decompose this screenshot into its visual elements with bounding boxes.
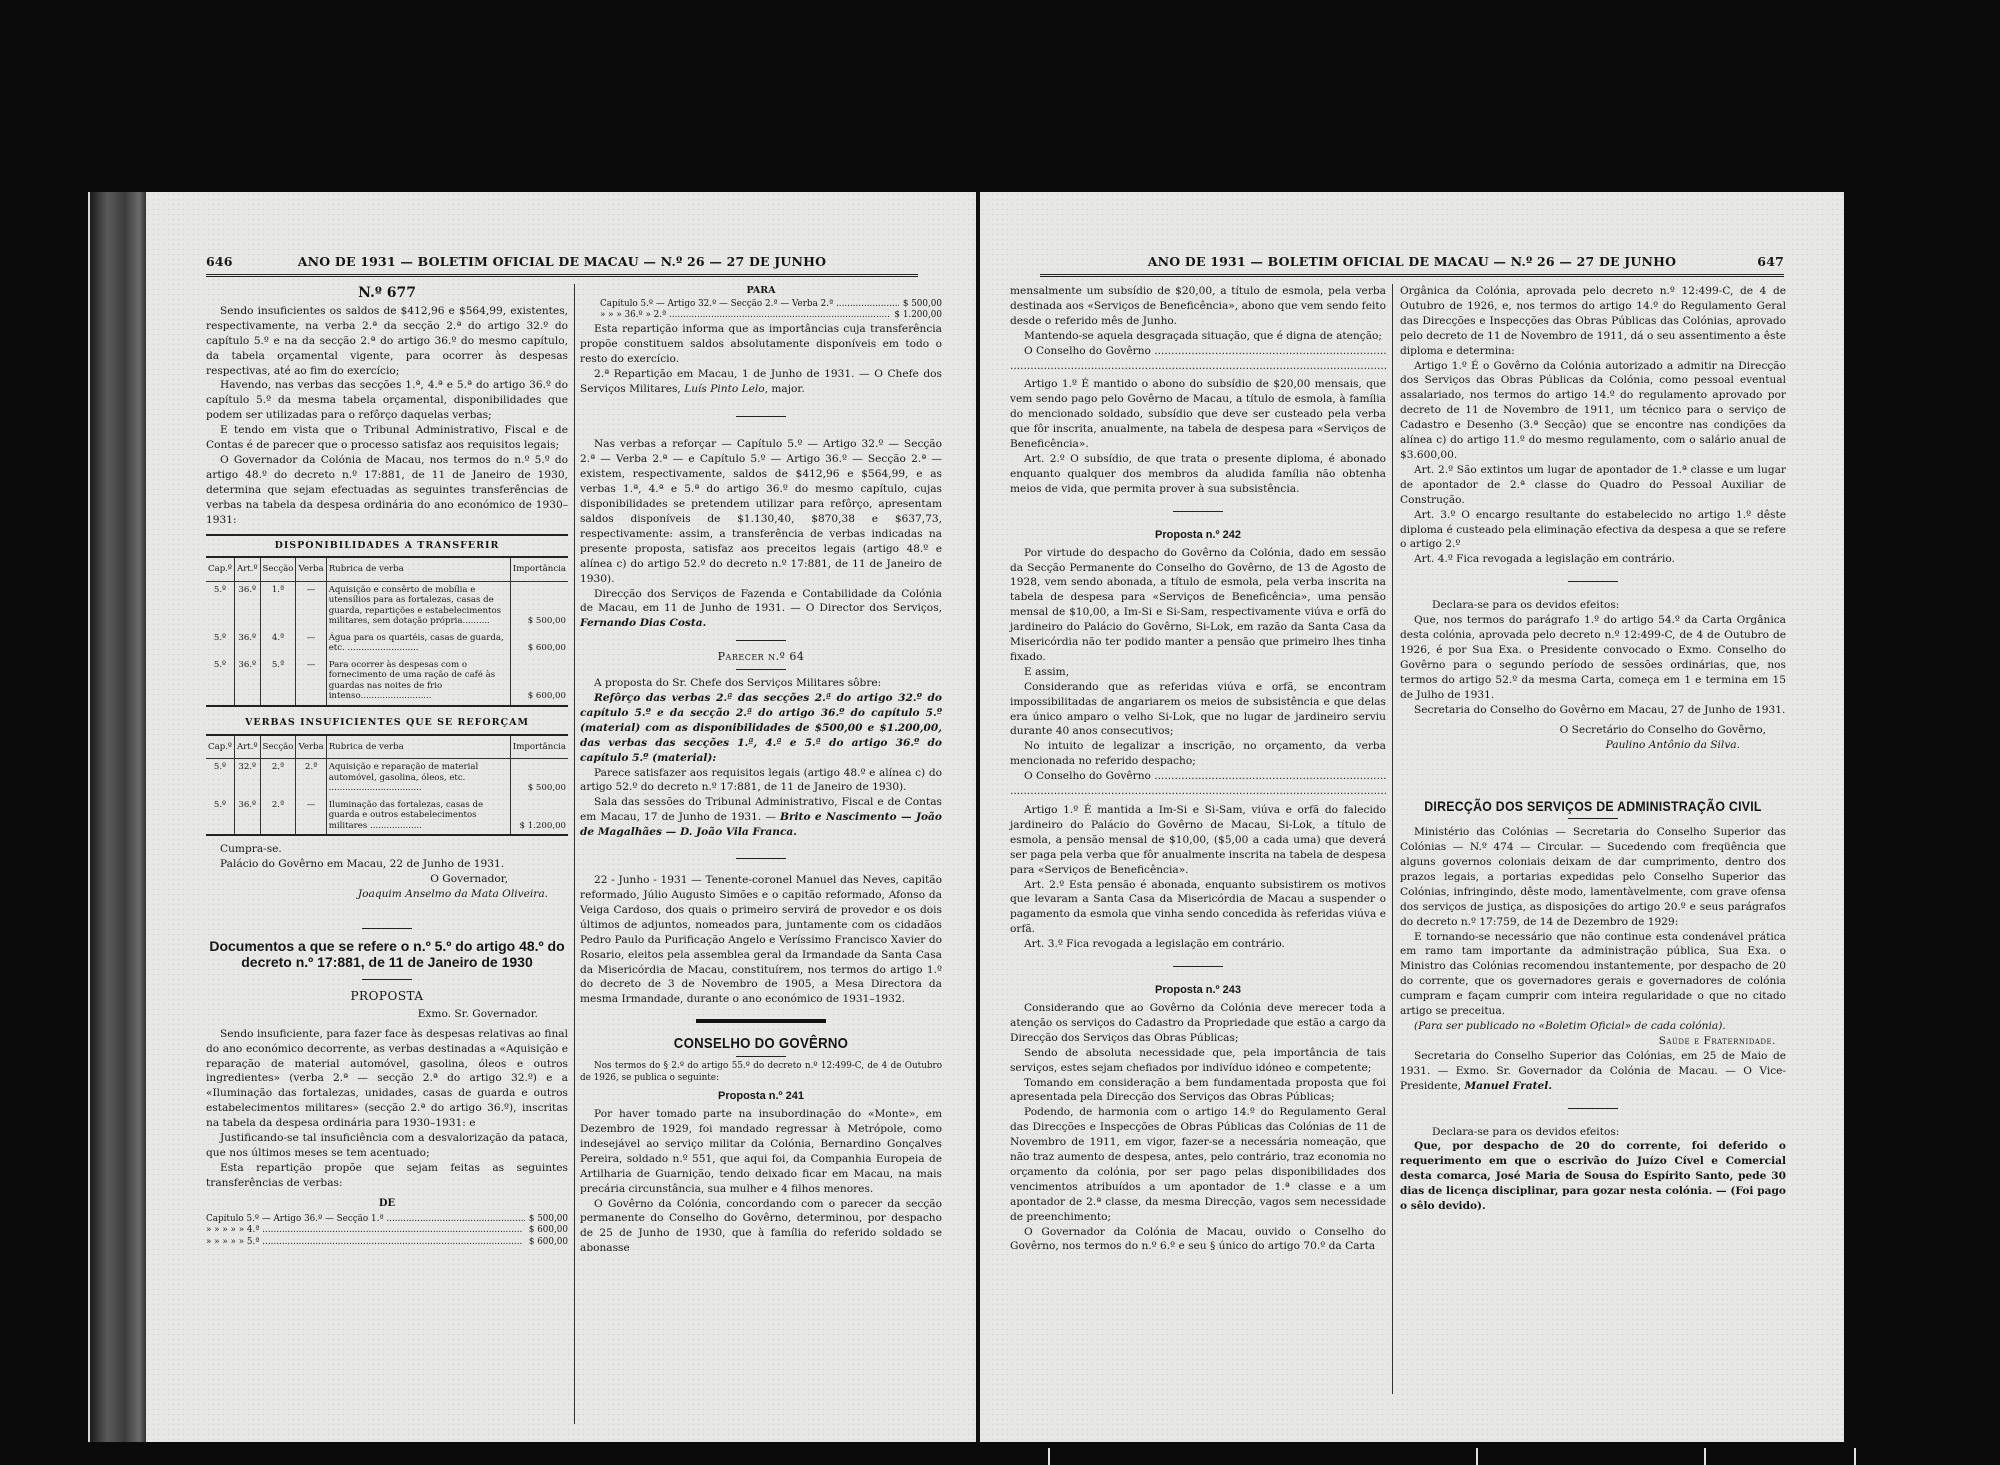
paragraph: Havendo, nas verbas das secções 1.ª, 4.ª… — [206, 378, 568, 423]
transfer-row: Capítulo 5.º — Artigo 36.º — Secção 1.ª$… — [206, 1214, 568, 1226]
publish-note: (Para ser publicado no «Boletim Oficial»… — [1400, 1019, 1786, 1034]
transfer-label: » » » » » 4.ª — [206, 1225, 525, 1237]
paragraph: O Govêrno da Colónia, concordando com o … — [580, 1197, 942, 1257]
table-cell-verba: — — [296, 797, 326, 836]
divider — [362, 979, 412, 980]
repartição-sign: 2.ª Repartição em Macau, 1 de Junho de 1… — [580, 367, 942, 397]
table-cell-verba: — — [296, 630, 326, 657]
table-cell-verba: — — [296, 657, 326, 706]
admin-civil-heading: DIRECÇÃO DOS SERVIÇOS DE ADMINISTRAÇÃO C… — [1423, 799, 1763, 814]
table-cell-art: 36.º — [234, 630, 260, 657]
table-header-cell: Cap.º — [206, 557, 234, 581]
table-cell-rubrica: Aquisição e consêrto de mobília e utensí… — [326, 581, 510, 630]
article: Art. 4.º Fica revogada a legislação em c… — [1400, 552, 1786, 567]
paragraph: Nas verbas a reforçar — Capítulo 5.º — A… — [580, 437, 942, 586]
running-head: ANO DE 1931 — BOLETIM OFICIAL DE MACAU —… — [1040, 254, 1784, 274]
table-cell-art: 36.º — [234, 657, 260, 706]
dot-leader — [1010, 784, 1386, 799]
secretaria-sign: Secretaria do Conselho do Govêrno em Mac… — [1400, 703, 1786, 718]
paragraph: Orgânica da Colónia, aprovada pelo decre… — [1400, 284, 1786, 359]
article: Artigo 1.º É mantido o abono do subsídio… — [1010, 377, 1386, 452]
table-cell-rubrica: Iluminação das fortalezas, casas de guar… — [326, 797, 510, 836]
transfer-amount: $ 500,00 — [525, 1214, 568, 1226]
table-title-disponibilidades: DISPONIBILIDADES A TRANSFERIR — [206, 534, 568, 557]
table-row: 5.º36.º1.ª—Aquisição e consêrto de mobíl… — [206, 581, 568, 630]
paragraph: Tomando em consideração a bem fundamenta… — [1010, 1076, 1386, 1106]
table-cell-art: 32.º — [234, 759, 260, 797]
left-col-2: PARA Capítulo 5.º — Artigo 32.º — Secção… — [580, 284, 942, 1256]
edge-mark — [1854, 1448, 1856, 1465]
paragraph: No intuito de legalizar a inscrição, no … — [1010, 739, 1386, 769]
transfer-row: Capítulo 5.º — Artigo 32.º — Secção 2.ª … — [600, 299, 942, 311]
paragraph: Esta repartição informa que as importânc… — [580, 322, 942, 367]
paragraph: Ministério das Colónias — Secretaria do … — [1400, 825, 1786, 929]
paragraph: Sendo de absoluta necessidade que, pela … — [1010, 1046, 1386, 1076]
divider — [736, 416, 786, 417]
scanner-bed — [0, 1442, 2000, 1465]
right-col-2: Orgânica da Colónia, aprovada pelo decre… — [1400, 284, 1786, 1214]
table-header-cell: Verba — [296, 735, 326, 759]
paragraph: Considerando que as referidas viúva e or… — [1010, 680, 1386, 740]
table-cell-art: 36.º — [234, 581, 260, 630]
table-cell-cap: 5.º — [206, 630, 234, 657]
table-row: 5.º36.º2.ª—Iluminação das fortalezas, ca… — [206, 797, 568, 836]
table-header-cell: Art.º — [234, 557, 260, 581]
transfer-row: » » » » » 4.ª$ 600,00 — [206, 1225, 568, 1237]
header-rule — [206, 274, 918, 277]
transfer-amount: $ 600,00 — [525, 1225, 568, 1237]
dot-leader — [1010, 359, 1386, 374]
fazenda-sign: Direcção dos Serviços de Fazenda e Conta… — [580, 587, 942, 632]
signer-name: Luís Pinto Lelo — [684, 383, 764, 395]
paragraph: Por haver tomado parte na insubordinação… — [580, 1107, 942, 1196]
proposta-heading: PROPOSTA — [206, 989, 568, 1004]
table-cell-verba: — — [296, 581, 326, 630]
paragraph: Considerando que ao Govêrno da Colónia d… — [1010, 1001, 1386, 1046]
article: Art. 3.º O encargo resultante do estabel… — [1400, 508, 1786, 553]
circular-sign: Secretaria do Conselho Superior das Coló… — [1400, 1049, 1786, 1094]
right-col-1: mensalmente um subsídio de $20,00, a tít… — [1010, 284, 1386, 1254]
signer-name: Manuel Fratel. — [1464, 1080, 1552, 1092]
table-header-cell: Importância — [510, 557, 568, 581]
table-row: 5.º36.º5.ª—Para ocorrer às despesas com … — [206, 657, 568, 706]
divider — [1173, 966, 1223, 967]
edge-mark — [1476, 1448, 1478, 1465]
table-cell-rubrica: Aquisição e reparação de material automó… — [326, 759, 510, 797]
divider — [362, 928, 412, 929]
proposta-243-heading: Proposta n.º 243 — [1010, 983, 1386, 998]
signer-title: O Secretário do Conselho do Govêrno, — [1400, 723, 1766, 738]
paragraph: Parece satisfazer aos requisitos legais … — [580, 766, 942, 796]
table-disponibilidades: Cap.ºArt.ºSecçãoVerbaRubrica de verbaImp… — [206, 556, 568, 707]
book-spine — [88, 192, 148, 1442]
table-header-cell: Secção — [260, 557, 296, 581]
table-reforcam: Cap.ºArt.ºSecçãoVerbaRubrica de verbaImp… — [206, 734, 568, 837]
transfer-para-list: Capítulo 5.º — Artigo 32.º — Secção 2.ª … — [580, 299, 942, 322]
table-cell-cap: 5.º — [206, 759, 234, 797]
table-cell-art: 36.º — [234, 797, 260, 836]
signer-title: O Governador, — [206, 872, 548, 887]
table-cell-rubrica: Água para os quartéis, casas de guarda, … — [326, 630, 510, 657]
paragraph: 22 - Junho - 1931 — Tenente-coronel Manu… — [580, 873, 942, 1007]
parecer-sign: Sala das sessões do Tribunal Administrat… — [580, 795, 942, 840]
salutation: Exmo. Sr. Governador. — [206, 1007, 568, 1022]
paragraph: Mantendo-se aquela desgraçada situação, … — [1010, 329, 1386, 344]
table-cell-importancia: $ 600,00 — [510, 630, 568, 657]
paragraph: Sendo insuficientes os saldos de $412,96… — [206, 304, 568, 379]
place-date: Palácio do Govêrno em Macau, 22 de Junho… — [206, 857, 568, 872]
conselho-heading: CONSELHO DO GOVÊRNO — [602, 1037, 921, 1052]
running-head-title: ANO DE 1931 — BOLETIM OFICIAL DE MACAU —… — [1040, 254, 1784, 269]
signer-name: Fernando Dias Costa. — [580, 617, 706, 629]
table-cell-seccao: 2.ª — [260, 759, 296, 797]
table-cell-importancia: $ 600,00 — [510, 657, 568, 706]
saude-fraternidade: Saúde e Fraternidade. — [1400, 1034, 1786, 1049]
article: Artigo 1.º É o Govêrno da Colónia autori… — [1400, 359, 1786, 463]
article: Art. 2.º O subsídio, de que trata o pres… — [1010, 452, 1386, 497]
signer-name: Paulino Antônio da Silva. — [1400, 738, 1766, 753]
divider — [736, 858, 786, 859]
column-separator — [574, 284, 575, 1424]
divider — [736, 1056, 786, 1057]
parecer-heading: Parecer n.º 64 — [580, 650, 942, 665]
edge-mark — [1048, 1448, 1050, 1465]
signer-name: Joaquim Anselmo da Mata Oliveira. — [206, 887, 548, 902]
divider — [1173, 511, 1223, 512]
documents-heading: Documentos a que se refere o n.º 5.º do … — [206, 938, 568, 970]
sign-text: Direcção dos Serviços de Fazenda e Conta… — [580, 588, 942, 615]
proposta-242-heading: Proposta n.º 242 — [1010, 528, 1386, 543]
cumpra-se: Cumpra-se. — [206, 842, 568, 857]
table-cell-seccao: 4.ª — [260, 630, 296, 657]
paragraph: Esta repartição propõe que sejam feitas … — [206, 1161, 568, 1191]
table-cell-seccao: 5.ª — [260, 657, 296, 706]
table-header-cell: Rubrica de verba — [326, 735, 510, 759]
transfer-amount: $ 600,00 — [525, 1237, 568, 1249]
table-title-reforcam: VERBAS INSUFICIENTES QUE SE REFORÇAM — [206, 713, 568, 734]
table-cell-rubrica: Para ocorrer às despesas com o fornecime… — [326, 657, 510, 706]
de-heading: DE — [206, 1197, 568, 1212]
table-cell-cap: 5.º — [206, 657, 234, 706]
divider — [1568, 818, 1618, 819]
table-row: 5.º32.º2.ª2.ªAquisição e reparação de ma… — [206, 759, 568, 797]
running-head-title: ANO DE 1931 — BOLETIM OFICIAL DE MACAU —… — [206, 254, 918, 269]
divider — [736, 669, 786, 670]
secretary-signature: O Secretário do Conselho do Govêrno, Pau… — [1400, 723, 1786, 753]
paragraph: O Governador da Colónia de Macau, ouvido… — [1010, 1225, 1386, 1255]
paragraph: Por virtude do despacho do Govêrno da Co… — [1010, 546, 1386, 665]
sign-text: Secretaria do Conselho Superior das Coló… — [1400, 1050, 1786, 1092]
governor-signature: O Governador, Joaquim Anselmo da Mata Ol… — [206, 872, 568, 902]
table-header-cell: Cap.º — [206, 735, 234, 759]
transfer-label: Capítulo 5.º — Artigo 32.º — Secção 2.ª … — [600, 299, 899, 311]
transfer-amount: $ 1.200,00 — [890, 310, 942, 322]
paragraph: Que, nos termos do parágrafo 1.º do arti… — [1400, 613, 1786, 702]
divider — [736, 640, 786, 641]
right-page: ANO DE 1931 — BOLETIM OFICIAL DE MACAU —… — [980, 192, 1844, 1442]
article: Art. 2.º Esta pensão é abonada, enquanto… — [1010, 878, 1386, 938]
transfer-label: » » » 36.º » 2.ª — [600, 310, 890, 322]
conselho-line: O Conselho do Govêrno — [1010, 769, 1386, 784]
table-cell-cap: 5.º — [206, 797, 234, 836]
signer-rank: , major. — [765, 383, 805, 395]
transfer-amount: $ 500,00 — [899, 299, 942, 311]
conselho-line: O Conselho do Govêrno — [1010, 344, 1386, 359]
declara-heading: Declara-se para os devidos efeitos: — [1400, 1125, 1786, 1140]
transfer-label: Capítulo 5.º — Artigo 36.º — Secção 1.ª — [206, 1214, 525, 1226]
transfer-row: » » » 36.º » 2.ª$ 1.200,00 — [600, 310, 942, 322]
table-row: 5.º36.º4.ª—Água para os quartéis, casas … — [206, 630, 568, 657]
table-cell-importancia: $ 1.200,00 — [510, 797, 568, 836]
declara-heading: Declara-se para os devidos efeitos: — [1400, 598, 1786, 613]
paragraph: E assim, — [1010, 665, 1386, 680]
header-rule — [1040, 274, 1784, 277]
table-cell-importancia: $ 500,00 — [510, 759, 568, 797]
paragraph: E tornando-se necessário que não continu… — [1400, 930, 1786, 1019]
article: Artigo 1.º É mantida a Im-Si e Si-Sam, v… — [1010, 803, 1386, 878]
divider — [1568, 581, 1618, 582]
article: Art. 2.º São extintos um lugar de aponta… — [1400, 463, 1786, 508]
table-cell-importancia: $ 500,00 — [510, 581, 568, 630]
column-separator — [1392, 284, 1393, 1394]
paragraph: Que, por despacho de 20 do corrente, foi… — [1400, 1139, 1786, 1214]
left-col-1: N.º 677 Sendo insuficientes os saldos de… — [206, 284, 568, 1248]
left-page: 646 ANO DE 1931 — BOLETIM OFICIAL DE MAC… — [146, 192, 978, 1442]
paragraph: E tendo em vista que o Tribunal Administ… — [206, 423, 568, 453]
table-header-cell: Secção — [260, 735, 296, 759]
table-cell-seccao: 1.ª — [260, 581, 296, 630]
paragraph: A proposta do Sr. Chefe dos Serviços Mil… — [580, 676, 942, 691]
paragraph: mensalmente um subsídio de $20,00, a tít… — [1010, 284, 1386, 329]
section-divider — [696, 1019, 826, 1023]
transfer-de-list: Capítulo 5.º — Artigo 36.º — Secção 1.ª$… — [206, 1214, 568, 1249]
table-header-cell: Art.º — [234, 735, 260, 759]
portaria-number: N.º 677 — [206, 286, 568, 301]
page-number: 647 — [1757, 254, 1784, 269]
table-header-cell: Rubrica de verba — [326, 557, 510, 581]
article: Art. 3.º Fica revogada a legislação em c… — [1010, 937, 1386, 952]
table-cell-cap: 5.º — [206, 581, 234, 630]
transfer-label: » » » » » 5.ª — [206, 1237, 525, 1249]
proposta-241-heading: Proposta n.º 241 — [580, 1089, 942, 1104]
paragraph: Justificando-se tal insuficiência com a … — [206, 1131, 568, 1161]
divider — [1568, 1108, 1618, 1109]
paragraph: Podendo, de harmonia com o artigo 14.º d… — [1010, 1105, 1386, 1224]
conselho-intro: Nos termos do § 2.º do artigo 55.º do de… — [580, 1061, 942, 1084]
para-heading: PARA — [580, 284, 942, 299]
edge-mark — [1704, 1448, 1706, 1465]
table-cell-verba: 2.ª — [296, 759, 326, 797]
table-cell-seccao: 2.ª — [260, 797, 296, 836]
transfer-row: » » » » » 5.ª$ 600,00 — [206, 1237, 568, 1249]
paragraph: O Governador da Colónia de Macau, nos te… — [206, 453, 568, 528]
table-header-cell: Verba — [296, 557, 326, 581]
paragraph: Sendo insuficiente, para fazer face às d… — [206, 1027, 568, 1131]
running-head: 646 ANO DE 1931 — BOLETIM OFICIAL DE MAC… — [206, 254, 918, 274]
parecer-italic: Refôrço das verbas 2.ª das secções 2.ª d… — [580, 691, 942, 766]
table-header-cell: Importância — [510, 735, 568, 759]
